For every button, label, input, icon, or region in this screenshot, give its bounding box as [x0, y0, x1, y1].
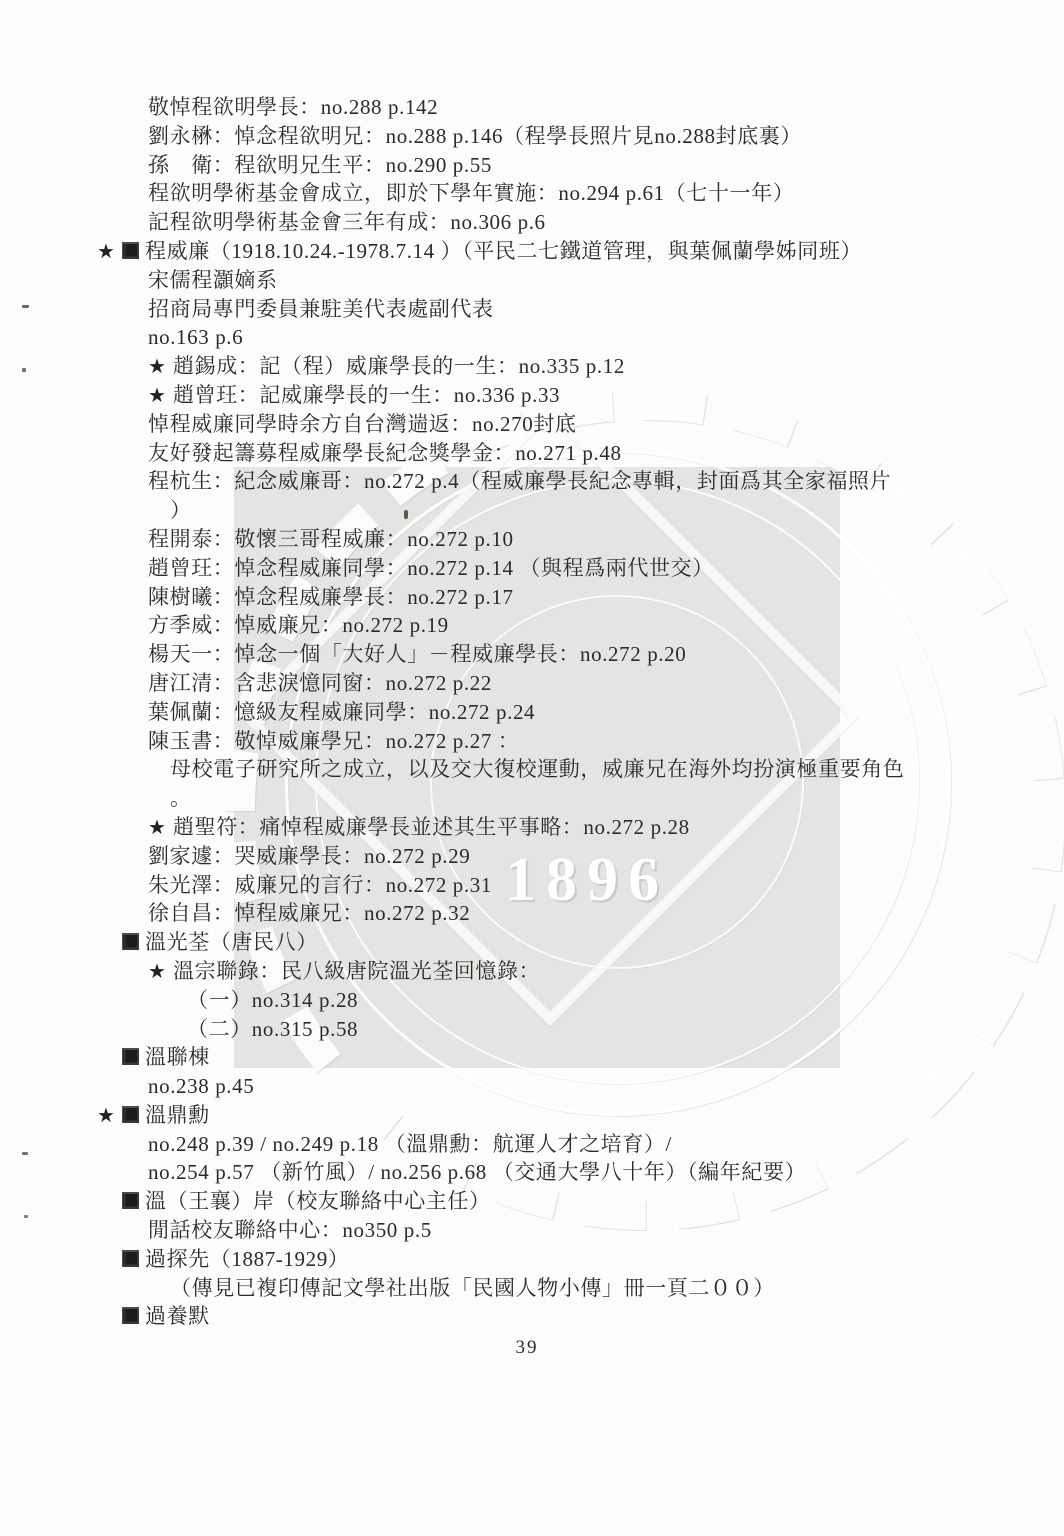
index-line: no.248 p.39 / no.249 p.18 （溫鼎勳：航運人才之培育）/: [0, 1130, 1064, 1159]
index-line-text: 程欲明學術基金會成立，即於下學年實施：no.294 p.61（七十一年）: [148, 181, 794, 205]
index-line-text: 悼程威廉同學時余方自台灣遄返：no.270封底: [148, 412, 577, 436]
star-icon: ★: [148, 814, 173, 843]
index-line-text: （二）no.315 p.58: [187, 1017, 358, 1041]
index-line: 陳玉書：敬悼威廉學兄：no.272 p.27 ：: [0, 727, 1064, 756]
index-line-text: 朱光澤：威廉兄的言行：no.272 p.31: [148, 873, 492, 897]
index-line-text: 溫光荃（唐民八）: [145, 930, 318, 954]
index-line-text: 溫鼎勳: [145, 1103, 210, 1127]
index-line: 劉永楙：悼念程欲明兄：no.288 p.146（程學長照片見no.288封底裏）: [0, 122, 1064, 151]
index-line-text: （一）no.314 p.28: [187, 988, 358, 1012]
index-line-text: 趙曾玨：記威廉學長的一生：no.336 p.33: [173, 383, 560, 407]
index-line-text: 溫宗聯錄：民八級唐院溫光荃回憶錄：: [173, 959, 540, 983]
index-line: 記程欲明學術基金會三年有成：no.306 p.6: [0, 208, 1064, 237]
index-line-text: 招商局專門委員兼駐美代表處副代表: [148, 297, 494, 321]
index-line-text: no.163 p.6: [148, 325, 243, 349]
index-line: 孫 衛：程欲明兄生平：no.290 p.55: [0, 151, 1064, 180]
stamp-icon: [122, 1106, 139, 1123]
index-line-text: 方季威：悼威廉兄：no.272 p.19: [148, 613, 449, 637]
index-line: 閒話校友聯絡中心：no350 p.5: [0, 1216, 1064, 1245]
index-line: 敬悼程欲明學長：no.288 p.142: [0, 93, 1064, 122]
index-line: 招商局專門委員兼駐美代表處副代表: [0, 295, 1064, 324]
index-line: 溫（王襄）岸（校友聯絡中心主任）: [0, 1187, 1064, 1216]
index-line-text: 閒話校友聯絡中心：no350 p.5: [148, 1218, 432, 1242]
index-line-text: 孫 衛：程欲明兄生平：no.290 p.55: [148, 153, 492, 177]
index-line-text: 過養默: [145, 1304, 210, 1328]
index-line: 友好發起籌募程威廉學長紀念獎學金：no.271 p.48: [0, 439, 1064, 468]
index-line-text: ）: [170, 498, 192, 522]
scan-speck: [24, 1215, 28, 1218]
star-icon: ★: [148, 353, 173, 382]
index-line-text: 母校電子研究所之成立，以及交大復校運動，威廉兄在海外均扮演極重要角色: [170, 757, 904, 781]
index-line-text: 趙錫成：記（程）威廉學長的一生：no.335 p.12: [173, 354, 625, 378]
index-line-text: 。: [170, 786, 192, 810]
index-line-text: 程杭生：紀念威廉哥：no.272 p.4（程威廉學長紀念專輯，封面爲其全家福照片: [148, 469, 891, 493]
index-line-text: no.248 p.39 / no.249 p.18 （溫鼎勳：航運人才之培育）/: [148, 1132, 672, 1156]
index-line: 劉家遽：哭威廉學長：no.272 p.29: [0, 842, 1064, 871]
stamp-icon: [122, 1250, 139, 1267]
index-line-text: 程開泰：敬懷三哥程威廉：no.272 p.10: [148, 527, 514, 551]
scan-speck: [22, 305, 29, 308]
index-line: 程開泰：敬懷三哥程威廉：no.272 p.10: [0, 525, 1064, 554]
index-line-text: 徐自昌：悼程威廉兄：no.272 p.32: [148, 901, 470, 925]
index-line: 溫聯棟: [0, 1043, 1064, 1072]
index-line: 母校電子研究所之成立，以及交大復校運動，威廉兄在海外均扮演極重要角色: [0, 755, 1064, 784]
index-line-text: 記程欲明學術基金會三年有成：no.306 p.6: [148, 210, 546, 234]
index-line-text: 友好發起籌募程威廉學長紀念獎學金：no.271 p.48: [148, 441, 622, 465]
document-page: 1896 敬悼程欲明學長：no.288 p.142劉永楙：悼念程欲明兄：no.2…: [0, 0, 1064, 1536]
index-line: ★溫宗聯錄：民八級唐院溫光荃回憶錄：: [0, 957, 1064, 986]
index-line: 溫光荃（唐民八）: [0, 928, 1064, 957]
index-line: ）: [0, 496, 1064, 525]
index-line-text: 陳玉書：敬悼威廉學兄：no.272 p.27 ：: [148, 729, 519, 753]
index-line-text: 劉永楙：悼念程欲明兄：no.288 p.146（程學長照片見no.288封底裏）: [148, 124, 802, 148]
index-line: no.163 p.6: [0, 323, 1064, 352]
star-icon: ★: [148, 382, 173, 411]
index-line: 趙曾玨：悼念程威廉同學：no.272 p.14 （與程爲兩代世交）: [0, 554, 1064, 583]
index-line: 宋儒程灝嫡系: [0, 266, 1064, 295]
index-line: 過探先（1887-1929）: [0, 1245, 1064, 1274]
index-line: ★趙錫成：記（程）威廉學長的一生：no.335 p.12: [0, 352, 1064, 381]
index-line-text: 趙聖符：痛悼程威廉學長並述其生平事略：no.272 p.28: [173, 815, 690, 839]
stamp-icon: [122, 1192, 139, 1209]
index-line: 。: [0, 784, 1064, 813]
index-line: 徐自昌：悼程威廉兄：no.272 p.32: [0, 899, 1064, 928]
index-line-text: 溫（王襄）岸（校友聯絡中心主任）: [145, 1189, 491, 1213]
index-line: no.238 p.45: [0, 1072, 1064, 1101]
index-line-text: 敬悼程欲明學長：no.288 p.142: [148, 95, 438, 119]
star-icon: ★: [148, 958, 173, 987]
index-line: （二）no.315 p.58: [0, 1015, 1064, 1044]
star-icon: ★: [97, 1102, 122, 1131]
index-text-block: 敬悼程欲明學長：no.288 p.142劉永楙：悼念程欲明兄：no.288 p.…: [0, 93, 1064, 1331]
stamp-icon: [122, 933, 139, 950]
index-line: 方季威：悼威廉兄：no.272 p.19: [0, 611, 1064, 640]
index-line-text: 劉家遽：哭威廉學長：no.272 p.29: [148, 844, 470, 868]
index-line-text: 葉佩蘭：憶級友程威廉同學：no.272 p.24: [148, 700, 535, 724]
stamp-icon: [122, 1048, 139, 1065]
index-line-text: 陳樹曦：悼念程威廉學長：no.272 p.17: [148, 585, 514, 609]
stamp-icon: [122, 1307, 139, 1324]
index-line: ★趙曾玨：記威廉學長的一生：no.336 p.33: [0, 381, 1064, 410]
index-line: 悼程威廉同學時余方自台灣遄返：no.270封底: [0, 410, 1064, 439]
index-line: 楊天一：悼念一個「大好人」－程威廉學長：no.272 p.20: [0, 640, 1064, 669]
index-line: （傳見已複印傳記文學社出版「民國人物小傳」冊一頁二００）: [0, 1274, 1064, 1303]
stamp-icon: [122, 242, 139, 259]
index-line-text: no.238 p.45: [148, 1074, 254, 1098]
index-line: 唐江清：含悲淚憶同窗：no.272 p.22: [0, 669, 1064, 698]
scan-speck: [404, 510, 408, 519]
index-line: ★溫鼎勳: [0, 1101, 1064, 1130]
index-line-text: 趙曾玨：悼念程威廉同學：no.272 p.14 （與程爲兩代世交）: [148, 556, 714, 580]
scan-speck: [22, 1152, 28, 1155]
index-line: 程欲明學術基金會成立，即於下學年實施：no.294 p.61（七十一年）: [0, 179, 1064, 208]
index-line: no.254 p.57 （新竹風）/ no.256 p.68 （交通大學八十年）…: [0, 1158, 1064, 1187]
page-number: 39: [497, 1337, 557, 1359]
index-line-text: 唐江清：含悲淚憶同窗：no.272 p.22: [148, 671, 492, 695]
index-line: 葉佩蘭：憶級友程威廉同學：no.272 p.24: [0, 698, 1064, 727]
scan-speck: [22, 368, 26, 372]
index-line-text: 溫聯棟: [145, 1045, 210, 1069]
index-line: 程杭生：紀念威廉哥：no.272 p.4（程威廉學長紀念專輯，封面爲其全家福照片: [0, 467, 1064, 496]
index-line-text: 宋儒程灝嫡系: [148, 268, 278, 292]
index-line-text: 楊天一：悼念一個「大好人」－程威廉學長：no.272 p.20: [148, 642, 686, 666]
index-line-text: （傳見已複印傳記文學社出版「民國人物小傳」冊一頁二００）: [170, 1276, 775, 1300]
index-line: ★趙聖符：痛悼程威廉學長並述其生平事略：no.272 p.28: [0, 813, 1064, 842]
index-line: 陳樹曦：悼念程威廉學長：no.272 p.17: [0, 583, 1064, 612]
star-icon: ★: [97, 238, 122, 267]
index-line: 過養默: [0, 1302, 1064, 1331]
index-line-text: 程威廉（1918.10.24.-1978.7.14 ）（平民二七鐵道管理，與葉佩…: [145, 239, 862, 263]
index-line: （一）no.314 p.28: [0, 986, 1064, 1015]
index-line-text: 過探先（1887-1929）: [145, 1247, 349, 1271]
index-line: ★程威廉（1918.10.24.-1978.7.14 ）（平民二七鐵道管理，與葉…: [0, 237, 1064, 266]
index-line: 朱光澤：威廉兄的言行：no.272 p.31: [0, 871, 1064, 900]
index-line-text: no.254 p.57 （新竹風）/ no.256 p.68 （交通大學八十年）…: [148, 1160, 806, 1184]
